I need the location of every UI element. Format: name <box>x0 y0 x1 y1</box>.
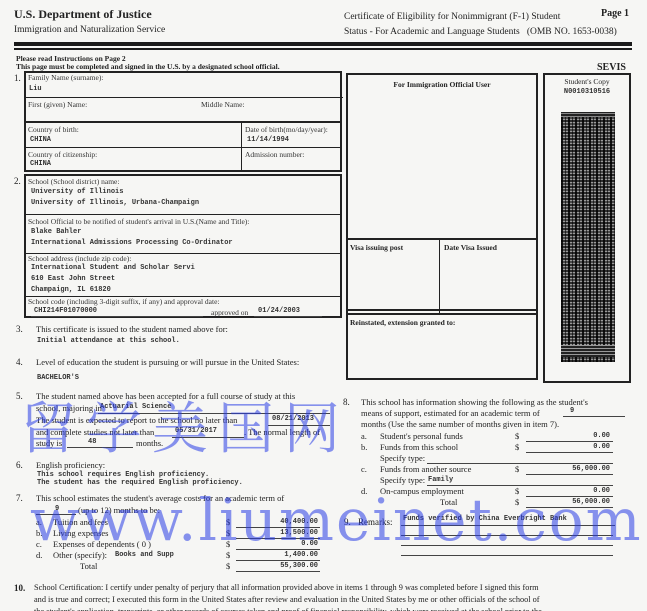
divider <box>26 214 342 215</box>
approved-on-label: approved on <box>211 308 248 317</box>
divider <box>26 147 342 148</box>
header-rule-thick <box>14 42 632 46</box>
item6-value2: The student has the required English pro… <box>37 479 243 487</box>
school-address-label: School address (include zip code): <box>28 254 131 263</box>
item8-number: 8. <box>343 397 350 407</box>
support-row-label: Funds from this school <box>380 442 458 452</box>
support-row-amount: 0.00 <box>526 487 610 495</box>
cost-row-amount: 0.00 <box>236 540 318 548</box>
immigration-official-box: For Immigration Official User Visa issui… <box>346 73 538 311</box>
pdf417-barcode <box>561 117 615 362</box>
item3-value: Initial attendance at this school. <box>37 337 180 345</box>
item4-label: Level of education the student is pursui… <box>36 357 299 367</box>
months-value: 48 <box>88 438 96 446</box>
currency-symbol: $ <box>515 431 519 441</box>
cost-row-letter: a. <box>36 517 42 527</box>
support-row-underline <box>526 452 613 453</box>
support-row-label: Total <box>440 497 457 507</box>
complete-date-underline <box>172 437 244 438</box>
item1-number: 1. <box>14 73 21 83</box>
cost-row-label: Total <box>80 561 97 571</box>
country-birth-label: Country of birth: <box>28 125 79 134</box>
item9-number: 9. <box>344 517 351 527</box>
item5-line5-suffix: months. <box>136 438 163 448</box>
remarks-line <box>401 545 613 546</box>
item5-line5: study is <box>36 438 62 448</box>
service-name: Immigration and Naturalization Service <box>14 25 165 35</box>
cost-row-amount: 40,400.00 <box>236 518 318 526</box>
cost-row-label: Tuition and fees <box>53 517 108 527</box>
family-name-label: Family Name (surname): <box>28 73 103 82</box>
item6-number: 6. <box>16 460 23 470</box>
dob-value: 11/14/1994 <box>247 136 289 144</box>
support-row-amount: 56,000.00 <box>526 465 610 473</box>
school-code-value: CHI214F01070000 <box>34 307 97 315</box>
support-row-underline <box>526 507 613 508</box>
currency-symbol: $ <box>515 486 519 496</box>
dob-label: Date of birth(mo/day/year): <box>245 125 328 134</box>
remarks-value: Funds verified by China Everbright Bank <box>403 515 567 523</box>
reinstated-box: Reinstated, extension granted to: <box>346 309 538 380</box>
item6-value1: This school requires English proficiency… <box>37 471 209 479</box>
item5-line4: and complete studies not later than <box>36 427 154 437</box>
remarks-line <box>401 525 615 526</box>
school-code-label: School code (including 3-digit suffix, i… <box>28 297 219 306</box>
school-official-name: Blake Bahler <box>31 228 81 236</box>
cost-row-underline <box>236 527 320 528</box>
sevis-id: N0010310516 <box>545 88 629 96</box>
instructions-line2: This page must be completed and signed i… <box>16 62 280 71</box>
item10-number: 10. <box>14 583 25 593</box>
support-row-amount: 56,000.00 <box>526 498 610 506</box>
currency-symbol: $ <box>226 550 230 560</box>
student-copy-label: Student's Copy <box>545 77 629 86</box>
item6-label: English proficiency: <box>36 460 105 470</box>
item7-line2: (up to 12) months to be: <box>78 505 160 515</box>
cost-row-specify: Books and Supp <box>115 551 174 559</box>
sevis-label: SEVIS <box>597 62 626 73</box>
specify-type-label: Specify type: <box>380 475 425 485</box>
item4-number: 4. <box>16 357 23 367</box>
cost-row-letter: d. <box>36 550 42 560</box>
cost-row-letter: b. <box>36 528 42 538</box>
specify-type-label: Specify type: <box>380 453 425 463</box>
support-row-underline <box>526 496 613 497</box>
page-number: Page 1 <box>601 8 629 19</box>
currency-symbol: $ <box>515 497 519 507</box>
support-row-letter: a. <box>361 431 367 441</box>
major-value: Actuarial Science <box>100 403 171 411</box>
item7-number: 7. <box>16 493 23 503</box>
currency-symbol: $ <box>226 561 230 571</box>
currency-symbol: $ <box>226 517 230 527</box>
item8-term-months: 9 <box>570 407 574 415</box>
divider <box>24 121 342 123</box>
item5-line1: The student named above has been accepte… <box>36 391 295 401</box>
item7-term-months: 9 <box>55 505 59 513</box>
school-name-label: School (School district) name: <box>28 177 119 186</box>
first-name-label: First (given) Name: <box>28 100 87 109</box>
remarks-line <box>401 555 613 556</box>
support-row-letter: d. <box>361 486 367 496</box>
form-title-line2: Status - For Academic and Language Stude… <box>344 27 617 37</box>
family-name-value: Liu <box>29 85 42 93</box>
cost-row-underline <box>236 571 320 572</box>
currency-symbol: $ <box>515 464 519 474</box>
item7-term-underline <box>36 514 76 515</box>
barcode-bottom-bars <box>561 345 615 357</box>
item10-line1: School Certification: I certify under pe… <box>34 583 539 592</box>
country-citizen-label: Country of citizenship: <box>28 150 97 159</box>
item2-box: School (School district) name: Universit… <box>24 174 342 318</box>
support-row-letter: b. <box>361 442 367 452</box>
item3-label: This certificate is issued to the studen… <box>36 324 228 334</box>
cost-row-amount: 55,300.00 <box>236 562 318 570</box>
divider <box>348 238 536 240</box>
cost-row-amount: 1,400.00 <box>236 551 318 559</box>
support-row-label: Student's personal funds <box>380 431 463 441</box>
cost-row-label: Living expenses <box>53 528 108 538</box>
item2-number: 2. <box>14 176 21 186</box>
major-underline <box>98 413 330 414</box>
cost-row-underline <box>236 538 320 539</box>
cost-row-underline <box>236 560 320 561</box>
currency-symbol: $ <box>226 528 230 538</box>
item1-box: Family Name (surname): Liu First (given)… <box>24 71 342 172</box>
school-name-line1: University of Illinois <box>31 188 123 196</box>
support-row-underline <box>526 441 613 442</box>
school-code-underline <box>31 316 203 317</box>
official-use-title: For Immigration Official User <box>348 80 536 89</box>
item5-line3: The student is expected to report to the… <box>36 415 237 425</box>
support-row-label: On-campus employment <box>380 486 464 496</box>
cost-row-amount: 13,500.00 <box>236 529 318 537</box>
cost-row-label: Expenses of dependents ( 0 ) <box>53 539 151 549</box>
family-name-cell: Family Name (surname): Liu <box>25 72 343 98</box>
support-row-underline <box>526 474 613 475</box>
admission-number-label: Admission number: <box>245 150 304 159</box>
support-row-amount: 0.00 <box>526 432 610 440</box>
cost-row-letter: c. <box>36 539 42 549</box>
approved-date-value: 01/24/2003 <box>258 307 300 315</box>
item10-line2: and is true and correct; I executed this… <box>34 595 540 604</box>
form-title-line1: Certificate of Eligibility for Nonimmigr… <box>344 12 560 22</box>
agency-name: U.S. Department of Justice <box>14 7 152 22</box>
school-name-line2: University of Illinois, Urbana-Champaign <box>31 199 199 207</box>
item4-value: BACHELOR'S <box>37 374 79 382</box>
item5-line2: school, majoring in <box>36 403 102 413</box>
approved-date-underline <box>254 316 322 317</box>
item7-line1: This school estimates the student's aver… <box>36 493 284 503</box>
support-row-letter: c. <box>361 464 367 474</box>
school-official-label: School Official to be notified of studen… <box>28 217 249 226</box>
item8-line3: months (Use the same number of months gi… <box>361 419 559 429</box>
item5-number: 5. <box>16 391 23 401</box>
complete-date-value: 05/31/2017 <box>175 427 217 435</box>
report-date-value: 08/21/2013 <box>272 415 314 423</box>
country-citizen-value: CHINA <box>30 160 51 168</box>
school-address-line2: 610 East John Street <box>31 275 115 283</box>
middle-name-label: Middle Name: <box>201 100 245 109</box>
cost-row-label: Other (specify): <box>53 550 107 560</box>
school-official-title: International Admissions Processing Co-O… <box>31 239 233 247</box>
reinstated-label: Reinstated, extension granted to: <box>350 318 455 327</box>
support-row-label: Funds from another source <box>380 464 471 474</box>
item3-number: 3. <box>16 324 23 334</box>
school-address-line3: Champaign, IL 61820 <box>31 286 111 294</box>
specify-type-value: Family <box>428 476 453 484</box>
support-row-amount: 0.00 <box>526 443 610 451</box>
report-date-underline <box>268 425 330 426</box>
item8-line1: This school has information showing the … <box>361 397 588 407</box>
item5-line4-suffix: . The normal length of <box>244 427 320 437</box>
cost-row-underline <box>236 549 320 550</box>
header-rule-thin <box>14 48 632 50</box>
item8-term-underline <box>563 416 625 417</box>
date-visa-issued-label: Date Visa Issued <box>444 243 497 252</box>
months-underline <box>67 447 133 448</box>
remarks-label: Remarks: <box>358 517 393 527</box>
country-birth-value: CHINA <box>30 136 51 144</box>
currency-symbol: $ <box>226 539 230 549</box>
item8-line2: means of support, estimated for an acade… <box>361 408 540 418</box>
item10-line3: the student's application, transcripts, … <box>34 607 542 611</box>
remarks-line <box>401 535 613 536</box>
divider <box>439 238 440 313</box>
school-address-line1: International Student and Scholar Servi <box>31 264 195 272</box>
visa-issuing-post-label: Visa issuing post <box>350 243 403 252</box>
currency-symbol: $ <box>515 442 519 452</box>
